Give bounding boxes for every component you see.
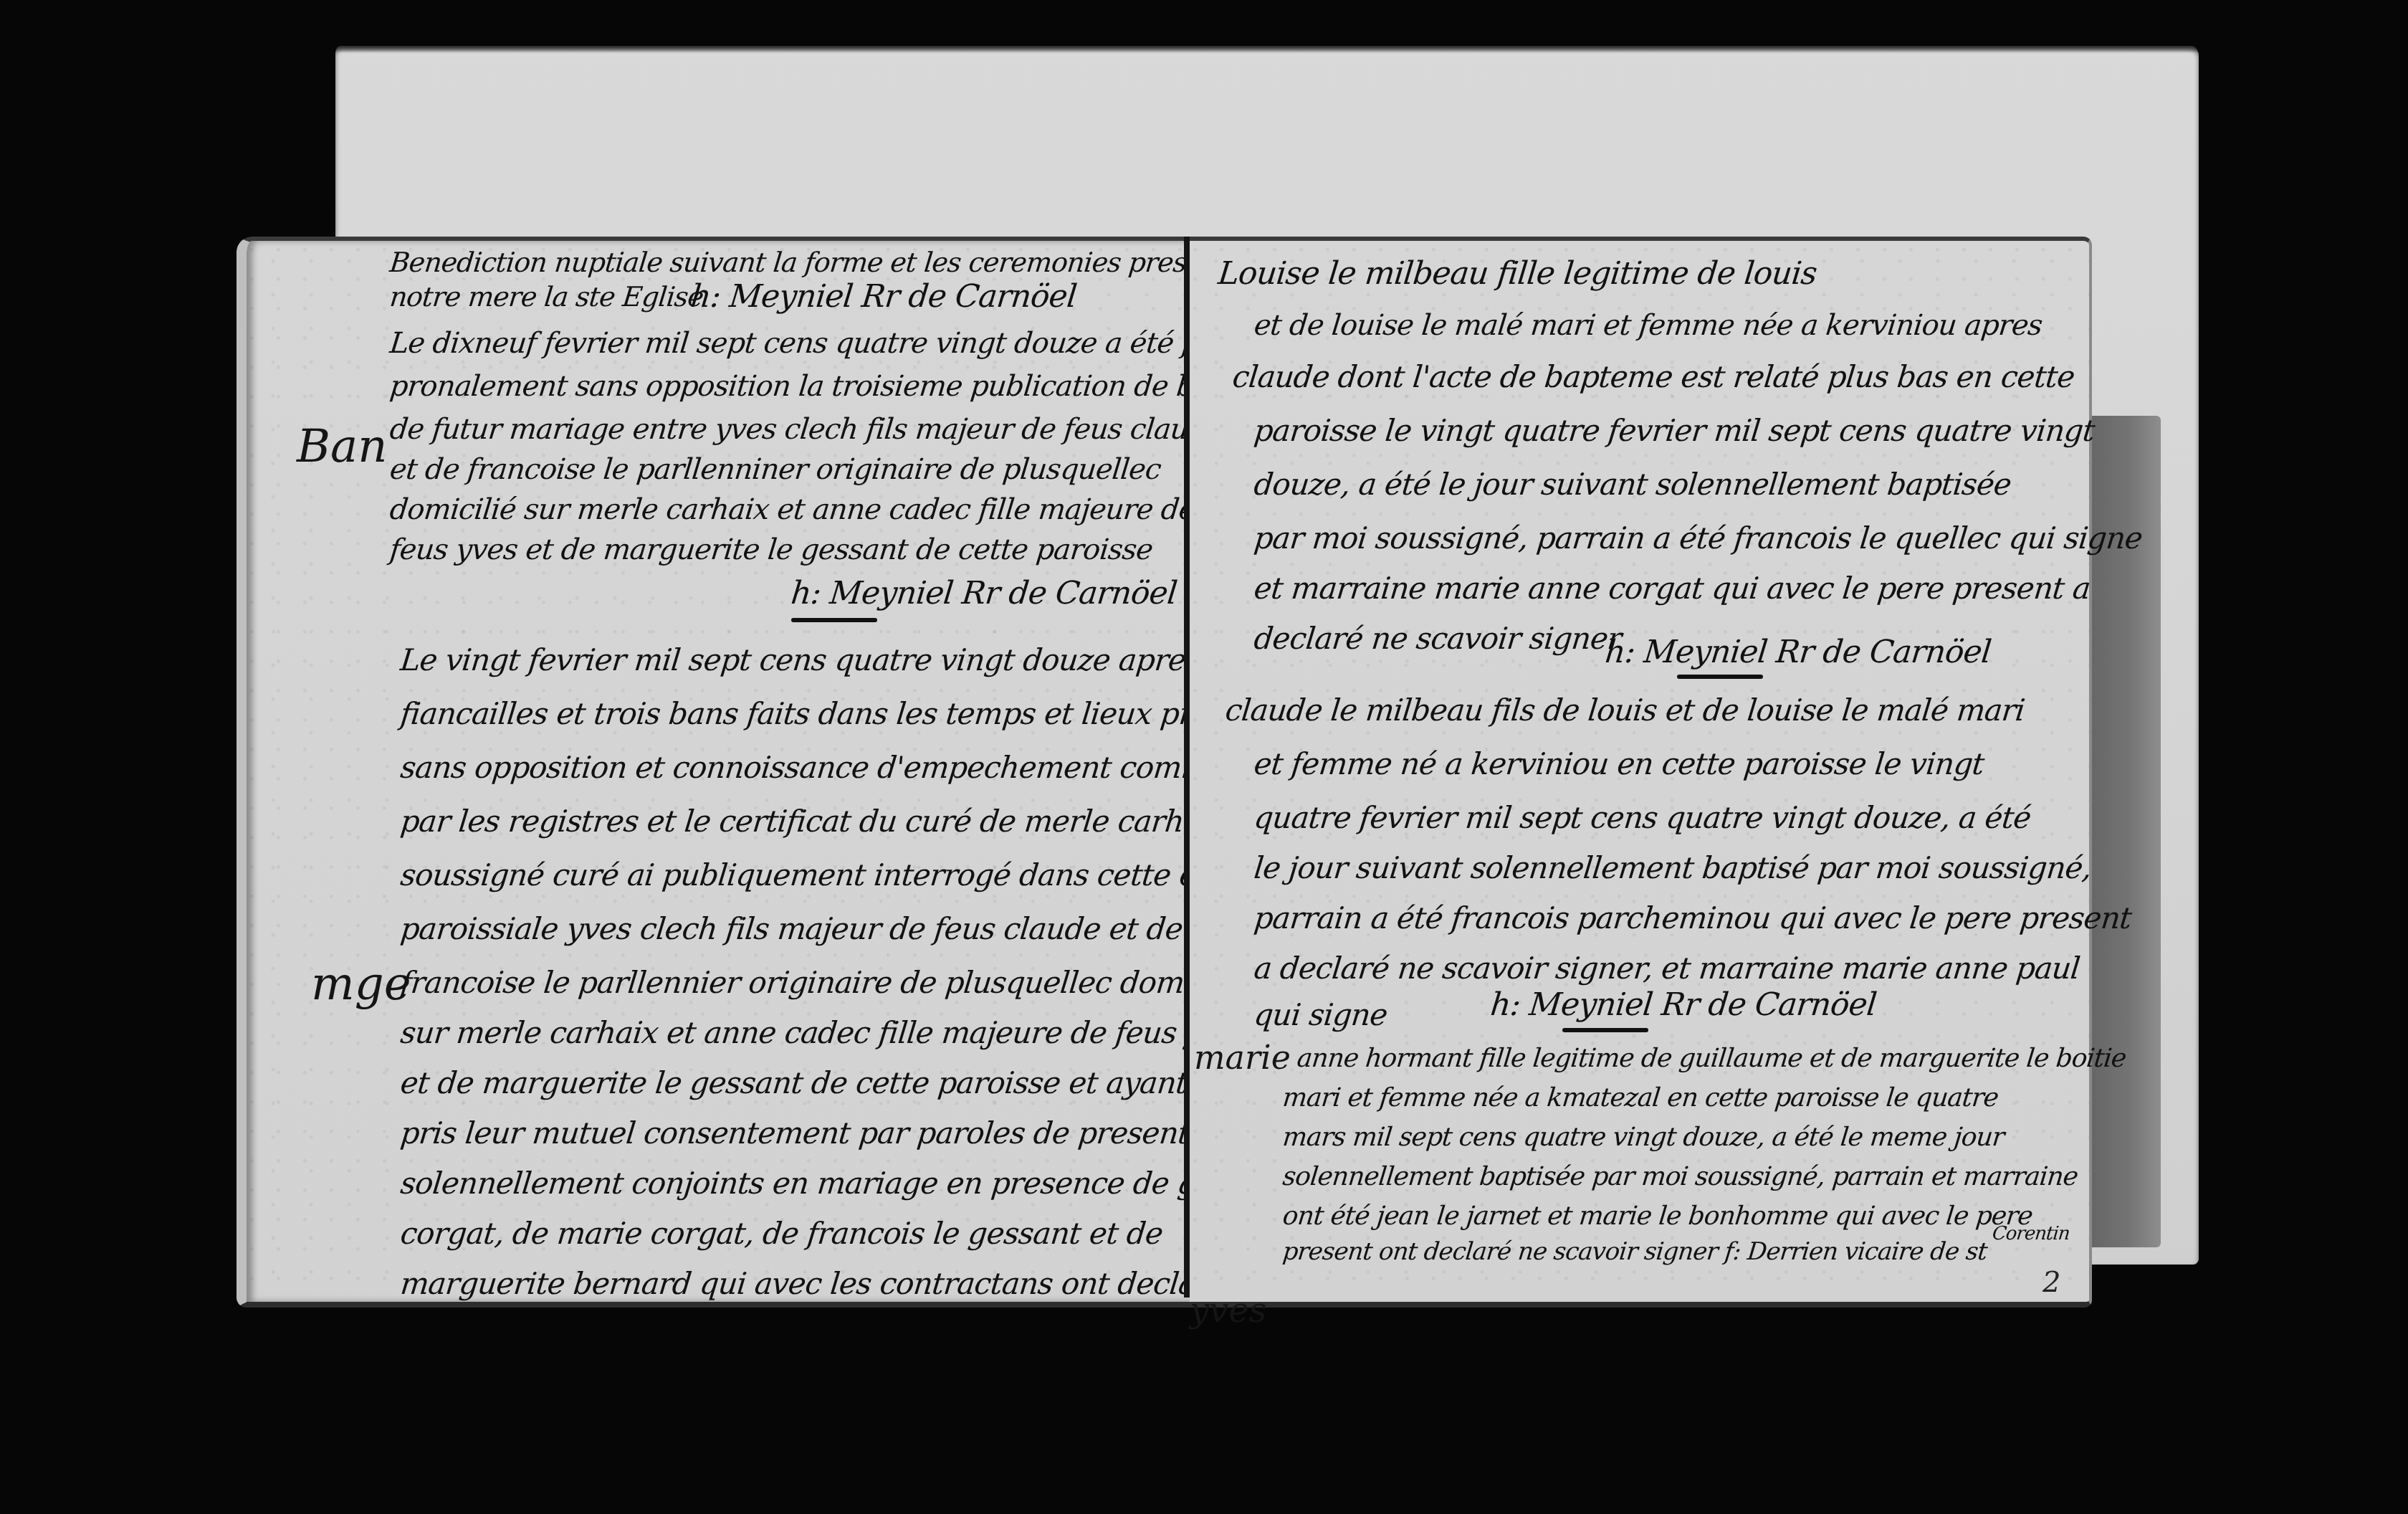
signature: h: Meyniel Rr de Carnöel [689,278,1078,315]
text-line: Corentin [1991,1223,2070,1244]
right-page: Louise le milbeau fille legitime de loui… [1190,237,2092,1308]
text-line: solennellement baptisée par moi soussign… [1281,1162,2079,1191]
scan-viewer: Ban mge Benediction nuptiale suivant la … [0,0,2408,1514]
text-line: le jour suivant solennellement baptisé p… [1252,850,2093,885]
text-line: anne hormant fille legitime de guillaume… [1296,1044,2128,1073]
margin-note-ban: Ban [297,420,387,473]
flourish [1562,1028,1648,1032]
text-line: et femme né a kerviniou en cette paroiss… [1252,746,1985,781]
signature: h: Meyniel Rr de Carnöel [789,575,1178,611]
flourish [1677,675,1763,679]
text-line: mars mil sept cens quatre vingt douze, a… [1281,1123,2005,1152]
text-line: corgat, de marie corgat, de francois le … [398,1216,1164,1251]
text-line: pris leur mutuel consentement par parole… [398,1115,1276,1151]
text-line: ont été jean le jarnet et marie le bonho… [1281,1201,2034,1231]
text-line: claude dont l'acte de bapteme est relaté… [1231,359,2076,394]
text-line: a declaré ne scavoir signer, et marraine… [1252,951,2081,986]
text-line: solennellement conjoints en mariage en p… [398,1166,1282,1201]
left-page: Ban mge Benediction nuptiale suivant la … [236,237,1196,1308]
text-line: qui signe [1252,997,1389,1032]
flourish [791,618,877,622]
margin-note-mge: mge [311,958,411,1011]
text-line: claude le milbeau fils de louis et de lo… [1223,692,2026,728]
text-line: et marraine marie anne corgat qui avec l… [1252,571,2091,606]
text-line: par moi soussigné, parrain a été francoi… [1252,520,2144,556]
text-line: notre mere la ste Eglise [388,281,705,313]
text-line: par les registres et le certificat du cu… [398,804,1271,839]
text-line: pronalement sans opposition la troisieme… [388,370,1244,403]
text-line: Le vingt fevrier mil sept cens quatre vi… [398,642,1251,677]
text-line: soussigné curé ai publiquement interrogé… [398,857,1266,892]
margin-note-marie: marie [1194,1038,1291,1077]
text-line: domicilié sur merle carhaix et anne cade… [388,493,1197,526]
margin-note-yves: yves [1190,1290,1266,1330]
text-line: et de marguerite le gessant de cette par… [398,1065,1189,1100]
signature: h: Meyniel Rr de Carnöel [1603,634,1992,670]
text-line: Benediction nuptiale suivant la forme et… [388,247,1314,278]
signature: h: Meyniel Rr de Carnöel [1489,986,1878,1023]
text-line: quatre fevrier mil sept cens quatre ving… [1252,800,2032,835]
text-line: paroisse le vingt quatre fevrier mil sep… [1252,413,2096,448]
text-line: et de louise le malé mari et femme née a… [1253,309,2044,342]
text-line: douze, a été le jour suivant solennellem… [1252,467,2012,502]
text-line: de futur mariage entre yves clech fils m… [388,413,1224,446]
text-line: present ont declaré ne scavoir signer f:… [1281,1237,1988,1266]
text-line: declaré ne scavoir signer [1252,621,1623,656]
text-line: sur merle carhaix et anne cadec fille ma… [398,1015,1251,1050]
text-line: et de francoise le parllenniner originai… [388,453,1162,486]
text-line: parrain a été francois parcheminou qui a… [1252,900,2133,935]
text-line: paroissiale yves clech fils majeur de fe… [398,911,1184,946]
text-line: fiancailles et trois bans faits dans les… [398,696,1291,731]
text-line: marguerite bernard qui avec les contract… [398,1266,1273,1301]
text-line: mari et femme née a kmatezal en cette pa… [1281,1083,1999,1113]
text-line: Louise le milbeau fille legitime de loui… [1216,255,1818,292]
folio-number: 2 [2042,1266,2060,1299]
text-line: feus yves et de marguerite le gessant de… [388,533,1155,566]
text-line: Le dixneuf fevrier mil sept cens quatre … [388,327,1246,360]
open-register: Ban mge Benediction nuptiale suivant la … [236,237,2093,1298]
text-line: francoise le parllennier originaire de p… [398,965,1254,1000]
